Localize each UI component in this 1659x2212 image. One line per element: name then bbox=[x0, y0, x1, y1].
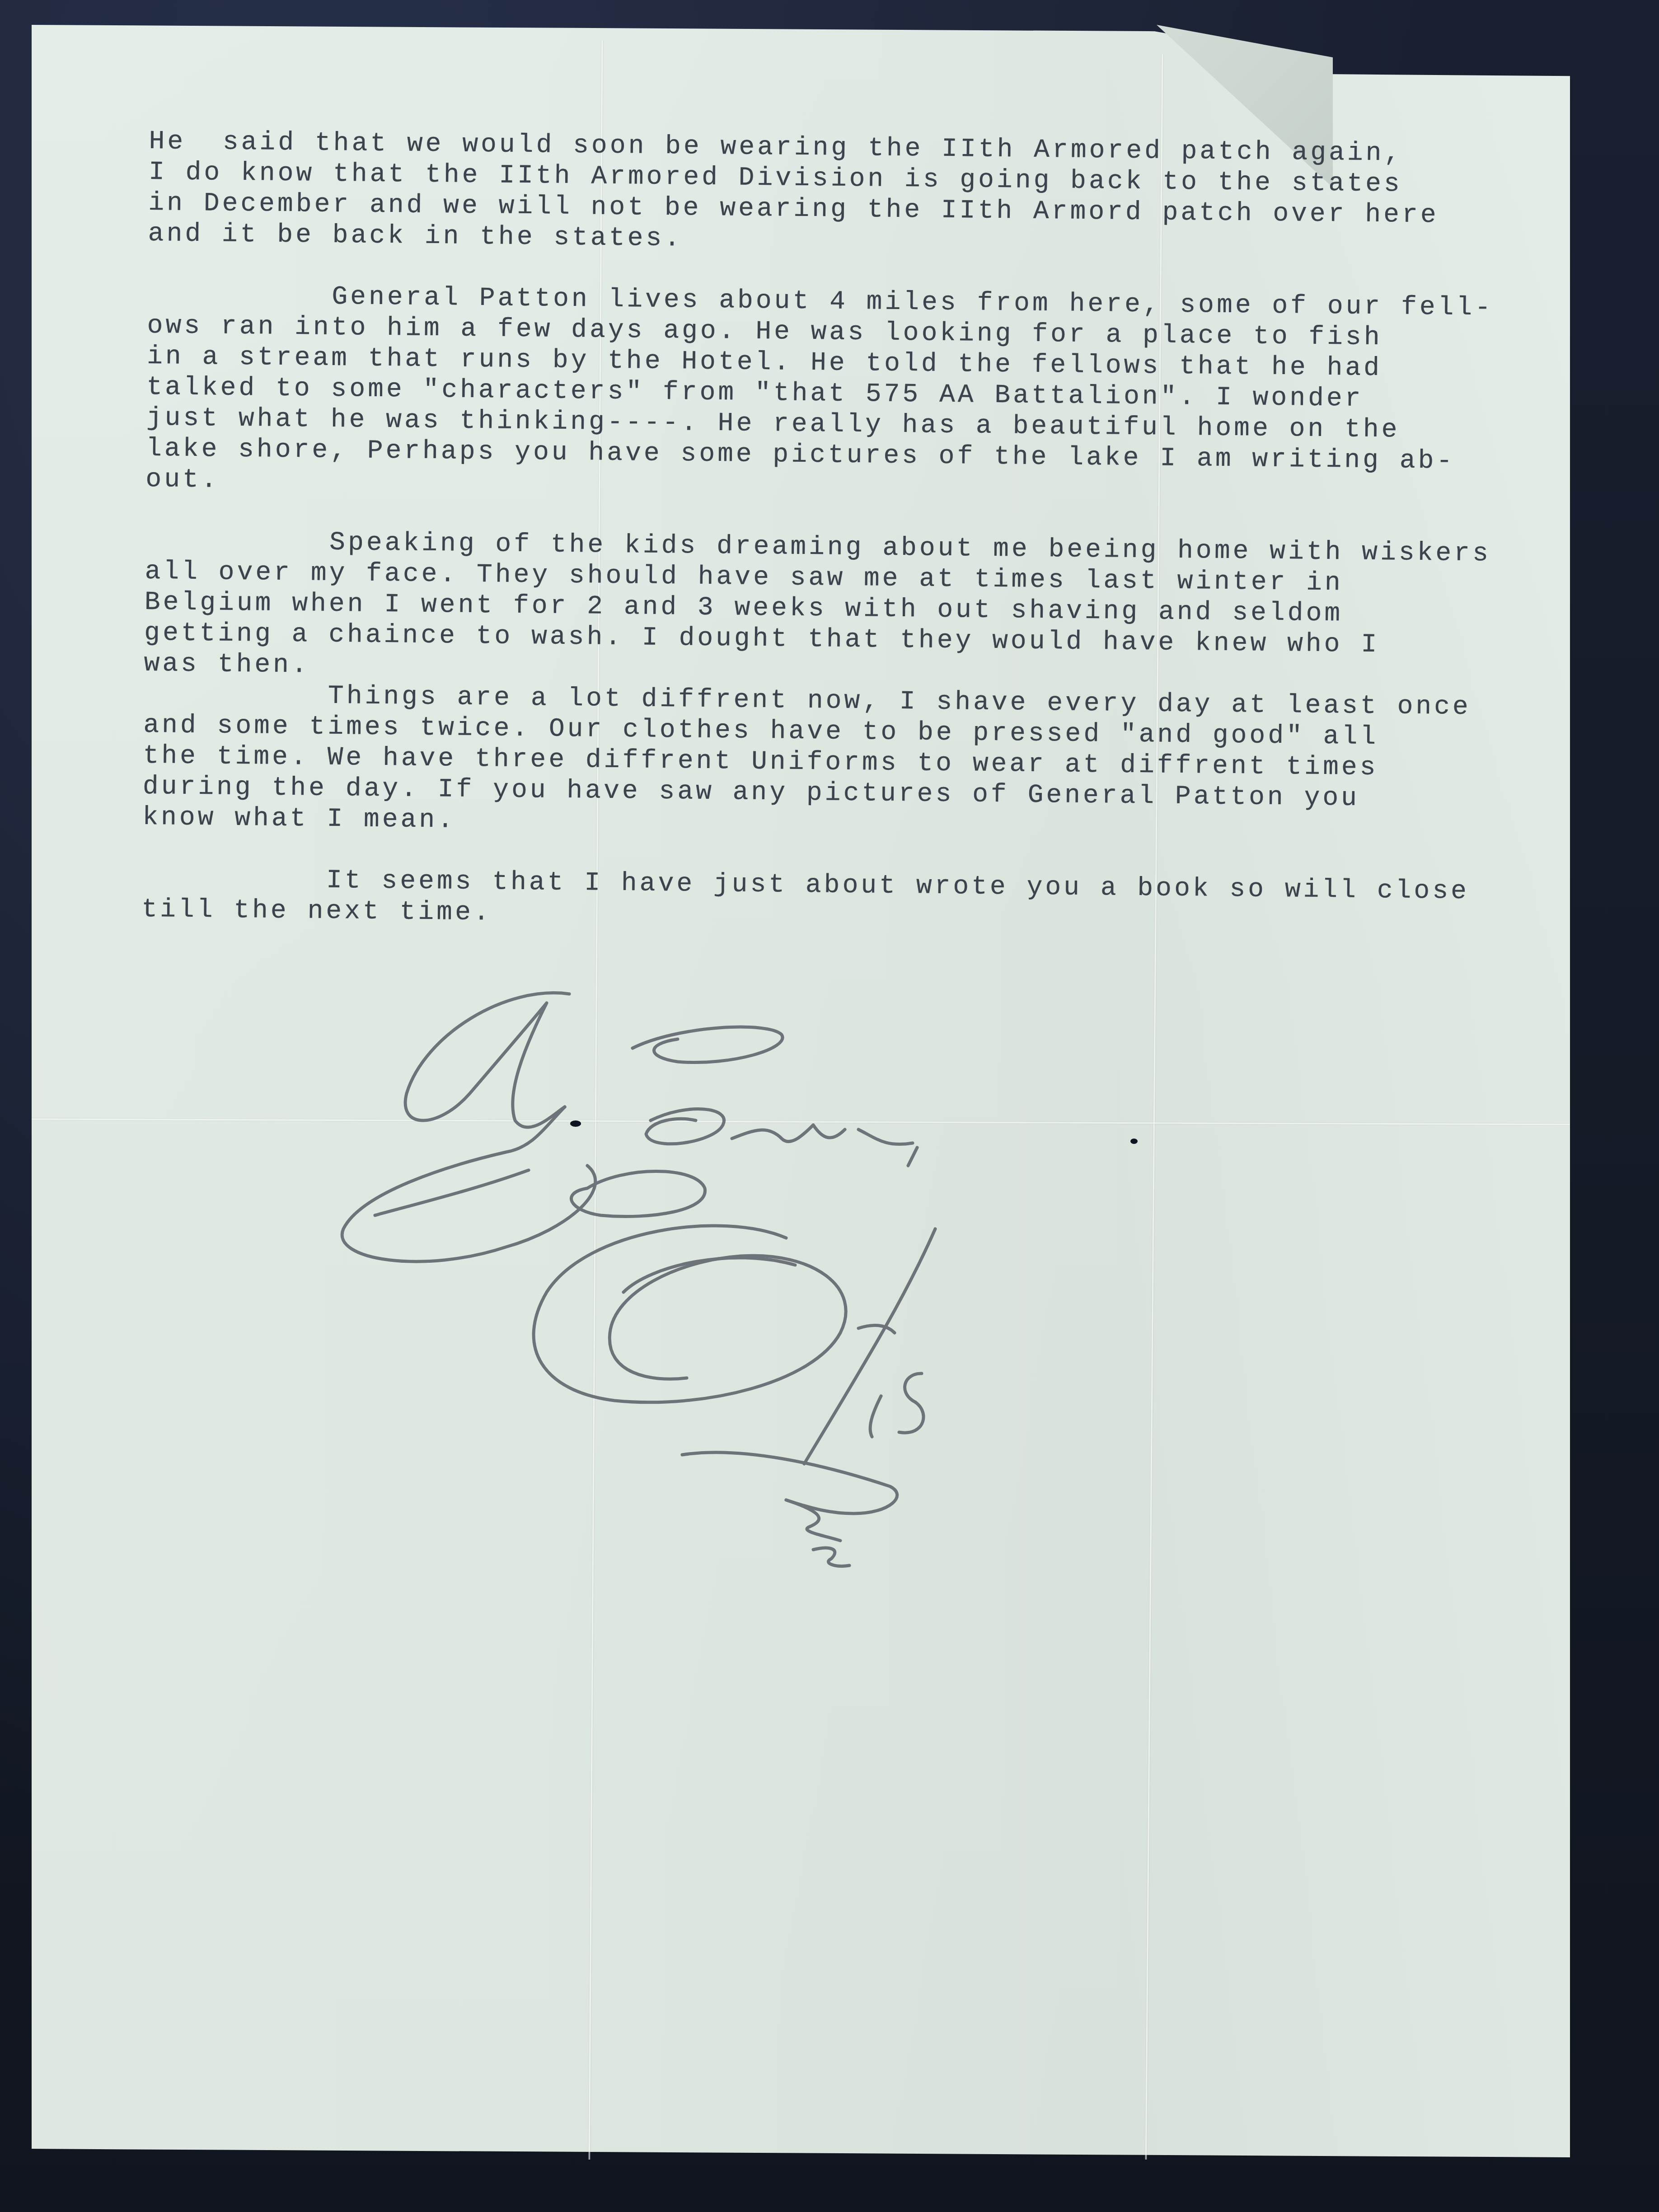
pin-hole bbox=[1130, 1139, 1138, 1144]
letter-paragraph: Speaking of the kids dreaming about me b… bbox=[144, 526, 1478, 692]
letter-paragraph: Things are a lot diffrent now, I shave e… bbox=[142, 680, 1476, 846]
signature-strokes bbox=[334, 976, 967, 1581]
handwritten-signature: As Ever, Otis bbox=[334, 976, 967, 1581]
letter-paragraph: General Patton lives about 4 miles from … bbox=[145, 280, 1480, 508]
letter-paragraph: He said that we would soon be wearing th… bbox=[148, 127, 1481, 262]
letter-paragraph: It seems that I have just about wrote yo… bbox=[141, 864, 1475, 938]
letter-body: He said that we would soon be wearing th… bbox=[141, 127, 1481, 969]
